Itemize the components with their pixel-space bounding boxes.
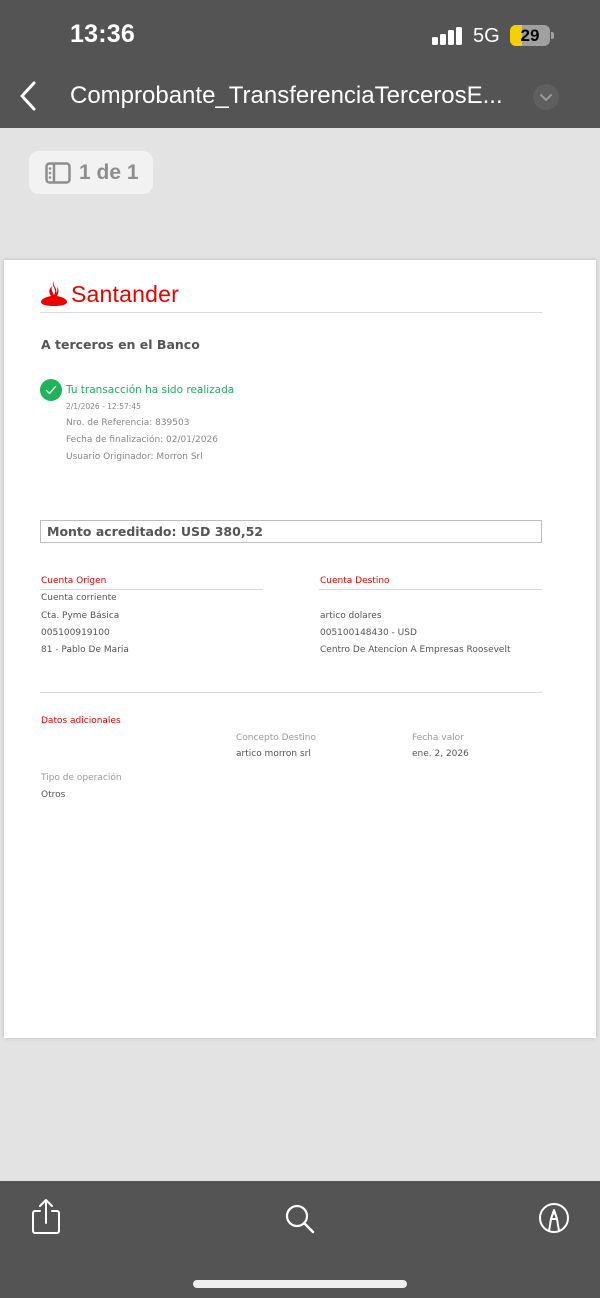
page-indicator[interactable]: 1 de 1 (29, 151, 153, 194)
concept-value: artico morron srl (236, 749, 311, 759)
origin-account-type: Cuenta corriente (41, 593, 117, 603)
amount-text: Monto acreditado: USD 380,52 (47, 524, 263, 539)
chevron-down-icon (533, 84, 559, 110)
operation-type-label: Tipo de operación (41, 773, 122, 783)
destination-account-label: Cuenta Destino (320, 576, 390, 586)
concept-label: Concepto Destino (236, 733, 316, 743)
value-date-label: Fecha valor (412, 733, 464, 743)
destination-divider (319, 589, 542, 590)
origin-account-number: 005100919100 (41, 628, 110, 638)
operation-type: Otros (41, 790, 65, 800)
santander-logo: Santander (40, 280, 179, 306)
transaction-timestamp: 2/1/2026 - 12:57:45 (66, 402, 141, 411)
success-message: Tu transacción ha sido realizada (66, 384, 234, 396)
section-divider (40, 692, 542, 693)
value-date: ene. 2, 2026 (412, 749, 469, 759)
origin-divider (40, 589, 263, 590)
header-divider (40, 312, 542, 313)
bottom-toolbar (0, 1181, 600, 1298)
search-icon (282, 1197, 318, 1237)
reference-number: Nro. de Referencia: 839503 (66, 418, 189, 428)
origin-account-product: Cta. Pyme Básica (41, 611, 119, 621)
chevron-left-icon (14, 78, 44, 114)
back-button[interactable] (14, 78, 44, 114)
markup-button[interactable] (536, 1197, 572, 1237)
destination-branch: Centro De Atencion A Empresas Roosevelt (320, 645, 511, 655)
origin-account-label: Cuenta Origen (41, 576, 106, 586)
page-count: 1 de 1 (79, 161, 139, 185)
battery-percent: 29 (510, 25, 550, 46)
santander-flame-icon (40, 280, 68, 306)
check-circle-icon (40, 379, 62, 401)
title-menu-button[interactable] (533, 84, 559, 110)
share-button[interactable] (28, 1197, 64, 1237)
share-icon (28, 1197, 64, 1237)
amount-credited: Monto acreditado: USD 380,52 (40, 520, 542, 543)
additional-data-label: Datos adicionales (41, 716, 121, 726)
finish-date: Fecha de finalización: 02/01/2026 (66, 435, 218, 445)
document-title[interactable]: Comprobante_TransferenciaTercerosE... (70, 82, 503, 110)
sidebar-icon (45, 162, 71, 184)
top-bar: 13:36 5G 29 Comprobante_TransferenciaTer… (0, 0, 600, 128)
status-time: 13:36 (70, 20, 135, 49)
battery-tip (551, 32, 554, 39)
originator-user: Usuario Originador: Morron Srl (66, 452, 203, 462)
document-page: Santander A terceros en el Banco Tu tran… (4, 260, 596, 1038)
search-button[interactable] (282, 1197, 318, 1237)
destination-account-name: artico dolares (320, 611, 382, 621)
destination-account-number: 005100148430 - USD (320, 628, 417, 638)
markup-pen-icon (536, 1197, 572, 1237)
brand-name: Santander (71, 283, 179, 306)
cellular-signal-icon (432, 27, 464, 45)
origin-branch: 81 - Pablo De Maria (41, 645, 129, 655)
network-type: 5G (473, 25, 500, 48)
battery-icon: 29 (510, 25, 550, 46)
section-title: A terceros en el Banco (41, 337, 200, 352)
home-indicator[interactable] (193, 1280, 407, 1288)
